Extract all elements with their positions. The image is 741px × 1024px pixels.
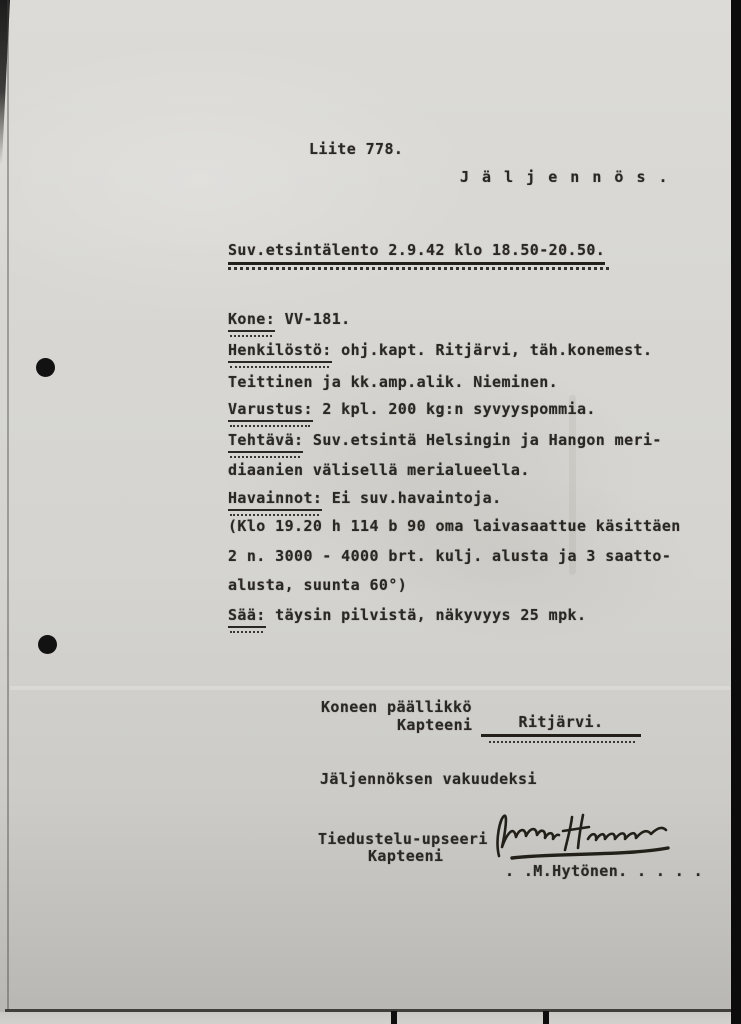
- field-text: alusta, suunta 60°): [228, 576, 407, 594]
- punch-hole-icon: [38, 635, 57, 654]
- field-text: VV-181.: [275, 310, 350, 328]
- field-text: Ei suv.havaintoja.: [322, 489, 501, 507]
- field-text: Suv.etsintä Helsingin ja Hangon meri-: [303, 431, 661, 449]
- copy-stamp: J ä l j e n n ö s .: [460, 167, 670, 187]
- attachment-label: Liite 778.: [309, 139, 403, 159]
- field-label: Kone:: [228, 309, 275, 332]
- field-line-varustus: Varustus: 2 kpl. 200 kg:n syvyyspommia.: [228, 399, 596, 422]
- field-line-kone: Kone: VV-181.: [228, 309, 351, 332]
- field-text: 2 kpl. 200 kg:n syvyyspommia.: [313, 400, 596, 418]
- paper-crease: [10, 686, 730, 690]
- field-text: (Klo 19.20 h 114 b 90 oma laivasaattue k…: [228, 517, 681, 535]
- field-text: 2 n. 3000 - 4000 brt. kulj. alusta ja 3 …: [228, 547, 671, 565]
- field-label: Sää:: [228, 605, 266, 628]
- scan-bottom-mark: [543, 1011, 549, 1024]
- field-line-observation: alusta, suunta 60°): [228, 575, 407, 595]
- field-label: Henkilöstö:: [228, 340, 332, 363]
- document-title-line: Suv.etsintälento 2.9.42 klo 18.50-20.50.: [228, 240, 605, 265]
- field-text: ohj.kapt. Ritjärvi, täh.konemest.: [332, 341, 653, 359]
- field-line-tehtava: Tehtävä: Suv.etsintä Helsingin ja Hangon…: [228, 430, 662, 453]
- field-line-continuation: Teittinen ja kk.amp.alik. Nieminen.: [228, 372, 558, 392]
- pilot-name-underlined: Ritjärvi.: [481, 712, 641, 737]
- scanned-document-page: { "colors": { "paper": "#d7d6d2", "ink":…: [0, 0, 741, 1024]
- field-label: Havainnot:: [228, 488, 322, 511]
- certification-line: Jäljennöksen vakuudeksi: [320, 769, 537, 789]
- field-line-henkilosto: Henkilöstö: ohj.kapt. Ritjärvi, täh.kone…: [228, 340, 652, 363]
- pilot-rank: Kapteeni: [397, 715, 472, 735]
- field-line-observation: 2 n. 3000 - 4000 brt. kulj. alusta ja 3 …: [228, 546, 671, 566]
- field-label: Varustus:: [228, 399, 313, 422]
- pilot-role: Koneen päällikkö: [321, 697, 472, 717]
- document-title: Suv.etsintälento 2.9.42 klo 18.50-20.50.: [228, 240, 605, 265]
- scan-edge-right: [731, 0, 741, 1024]
- officer-name: . .M.Hytönen. . . . .: [505, 861, 703, 881]
- field-text: täysin pilvistä, näkyvyys 25 mpk.: [266, 606, 587, 624]
- field-line-saa: Sää: täysin pilvistä, näkyvyys 25 mpk.: [228, 605, 586, 628]
- scan-bottom-mark: [391, 1011, 397, 1024]
- punch-hole-icon: [36, 358, 55, 377]
- field-line-observation: (Klo 19.20 h 114 b 90 oma laivasaattue k…: [228, 516, 681, 536]
- field-text: Teittinen ja kk.amp.alik. Nieminen.: [228, 373, 558, 391]
- field-label: Tehtävä:: [228, 430, 303, 453]
- field-line-havainnot: Havainnot: Ei suv.havaintoja.: [228, 488, 502, 511]
- field-text: diaanien välisellä merialueella.: [228, 461, 530, 479]
- officer-rank: Kapteeni: [368, 846, 443, 866]
- handwritten-signature: [492, 810, 674, 866]
- scan-edge-bottom-strip: [0, 1012, 731, 1024]
- field-line-continuation: diaanien välisellä merialueella.: [228, 460, 530, 480]
- pilot-name: Ritjärvi.: [519, 713, 604, 731]
- scan-edge-bottom-line: [5, 1009, 731, 1012]
- scan-edge-left-line: [7, 0, 9, 1024]
